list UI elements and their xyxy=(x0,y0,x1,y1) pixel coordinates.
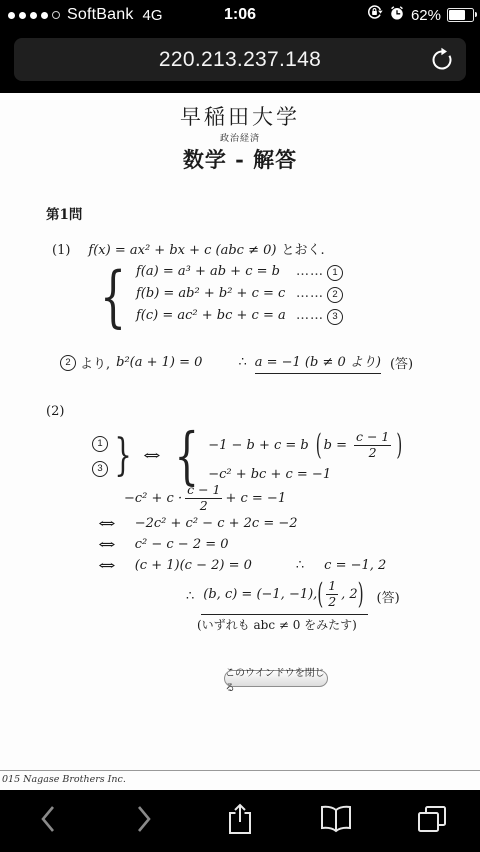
step-3-result: ∴ c = −1, 2 xyxy=(296,558,386,573)
equation: −c² + bc + c = −1 xyxy=(208,467,331,482)
circled-number: 1 xyxy=(327,265,343,281)
forward-button[interactable] xyxy=(96,803,192,840)
sub-eq: b = xyxy=(324,438,347,453)
answer-pairs: , 2 xyxy=(341,587,358,602)
sub-expression: ( b = c − 1 2 ) xyxy=(316,430,402,461)
reload-icon[interactable] xyxy=(429,47,455,73)
equation: −1 − b + c = b xyxy=(208,438,309,453)
circled-number: 1 xyxy=(92,436,108,452)
left-brace: { xyxy=(100,263,126,331)
equation: f(a) = a³ + ab + c = b xyxy=(136,264,296,279)
iff-arrow: ⇔ xyxy=(98,537,116,553)
tall-paren: ) xyxy=(358,577,364,611)
system-equations: f(a) = a³ + ab + c = b …… 1 f(b) = ab² +… xyxy=(136,264,343,330)
page-title-subject: 数学 - 解答 xyxy=(0,144,480,174)
therefore-symbol: ∴ xyxy=(296,558,304,573)
safari-bottom-toolbar xyxy=(0,790,480,852)
therefore-symbol: ∴ xyxy=(186,589,194,604)
fraction: c − 1 2 xyxy=(352,430,393,461)
case-equation-1: −1 − b + c = b ( b = c − 1 2 ) xyxy=(208,430,402,461)
leader-dots: …… xyxy=(296,264,324,279)
share-icon xyxy=(226,802,254,841)
answer-label: (答) xyxy=(377,587,400,606)
equation: c = −1, 2 xyxy=(324,558,386,573)
case-equations: −1 − b + c = b ( b = c − 1 2 ) −c² + bc … xyxy=(208,430,402,483)
back-button[interactable] xyxy=(0,803,96,840)
address-field[interactable]: 220.213.237.148 xyxy=(14,38,466,81)
therefore-symbol: ∴ xyxy=(238,355,246,370)
equation: −c² + c · xyxy=(124,491,182,506)
circled-number: 2 xyxy=(327,287,343,303)
browser-url-bar: 220.213.237.148 xyxy=(0,30,480,93)
leader-dots: …… xyxy=(296,286,324,301)
setup-text: とおく. xyxy=(281,239,324,258)
denominator: 2 xyxy=(328,595,336,609)
iphone-safari-screen: SoftBank 4G 1:06 62% xyxy=(0,0,480,852)
equation: + c = −1 xyxy=(225,491,286,506)
chevron-right-icon xyxy=(134,803,154,840)
numerator: c − 1 xyxy=(185,483,222,499)
part2-equivalence-block: 1 3 } ⇔ { −1 − b + c = b ( b = c − 1 2 ) xyxy=(92,424,402,488)
tall-paren: ) xyxy=(396,428,402,462)
system-eq-3: f(c) = ac² + bc + c = a …… 3 xyxy=(136,308,343,330)
section-heading: 第1問 xyxy=(46,203,82,223)
derivation-steps: ⇔ −2c² + c² − c + 2c = −2 ⇔ c² − c − 2 =… xyxy=(92,513,386,576)
case-equation-2: −c² + bc + c = −1 xyxy=(208,467,402,482)
battery-fill xyxy=(449,10,465,20)
leader-dots: …… xyxy=(296,308,324,323)
circled-number: 2 xyxy=(60,355,76,371)
share-button[interactable] xyxy=(192,802,288,841)
part1-label: (1) xyxy=(52,243,70,258)
numerator: c − 1 xyxy=(354,430,391,446)
fraction: c − 1 2 xyxy=(185,483,222,514)
tall-paren: ( xyxy=(317,577,323,611)
footer-divider xyxy=(0,770,480,771)
circled-number: 3 xyxy=(327,309,343,325)
setup-equation: f(x) = ax² + bx + c (abc ≠ 0) xyxy=(88,243,276,258)
battery-icon xyxy=(447,8,474,22)
equation: −2c² + c² − c + 2c = −2 xyxy=(135,516,298,531)
right-brace: } xyxy=(114,433,131,479)
iff-arrow: ⇔ xyxy=(98,516,116,532)
underlined-answer: (b, c) = (−1, −1), ( 1 2 , 2 ) xyxy=(201,579,367,615)
step-1: ⇔ −2c² + c² − c + 2c = −2 xyxy=(92,513,386,534)
copyright-text: 015 Nagase Brothers Inc. xyxy=(2,774,126,785)
rotation-lock-icon xyxy=(366,4,383,26)
status-bar: SoftBank 4G 1:06 62% xyxy=(0,0,480,30)
equation: f(c) = ac² + bc + c = a xyxy=(136,308,296,323)
chevron-left-icon xyxy=(38,803,58,840)
tabs-button[interactable] xyxy=(384,804,480,839)
battery-percent-label: 62% xyxy=(411,7,441,24)
reference-numbers: 1 3 xyxy=(92,436,108,477)
part2-label: (2) xyxy=(46,404,64,419)
step-2: ⇔ c² − c − 2 = 0 xyxy=(92,534,386,555)
system-eq-2: f(b) = ab² + b² + c = c …… 2 xyxy=(136,286,343,308)
part1-answer: a = −1 (b ≠ 0 より) xyxy=(255,351,381,374)
answer-label: (答) xyxy=(390,353,413,372)
open-book-icon xyxy=(318,804,354,839)
part2-final-answer: ∴ (b, c) = (−1, −1), ( 1 2 , 2 ) (答) xyxy=(186,579,400,615)
equation: c² − c − 2 = 0 xyxy=(135,537,229,552)
url-text[interactable]: 220.213.237.148 xyxy=(159,48,321,72)
web-page-content: 早稲田大学 政治経済 数学 - 解答 第1問 (1) f(x) = ax² + … xyxy=(0,93,480,790)
derived-equation: b²(a + 1) = 0 xyxy=(116,355,202,370)
answer-pairs: (b, c) = (−1, −1), xyxy=(203,587,317,602)
system-eq-1: f(a) = a³ + ab + c = b …… 1 xyxy=(136,264,343,286)
tabs-icon xyxy=(416,804,448,839)
denominator: 2 xyxy=(200,499,208,513)
denominator: 2 xyxy=(369,446,377,460)
left-brace: { xyxy=(174,424,198,488)
problem1-setup-line: (1) f(x) = ax² + bx + c (abc ≠ 0) とおく. xyxy=(47,239,325,258)
close-window-button[interactable]: このウインドウを閉じる xyxy=(224,670,328,687)
equation: (c + 1)(c − 2) = 0 xyxy=(135,558,252,573)
page-title-university: 早稲田大学 xyxy=(0,101,480,131)
answer-note: (いずれも abc ≠ 0 をみたす) xyxy=(197,616,357,633)
circled-number: 3 xyxy=(92,461,108,477)
equation-system: { f(a) = a³ + ab + c = b …… 1 f(b) = ab²… xyxy=(92,263,343,331)
iff-arrow: ⇔ xyxy=(98,558,116,574)
bookmarks-button[interactable] xyxy=(288,804,384,839)
page-subtitle-department: 政治経済 xyxy=(0,131,480,144)
fraction: 1 2 xyxy=(326,579,338,610)
substitution-line: −c² + c · c − 1 2 + c = −1 xyxy=(124,483,286,514)
numerator: 1 xyxy=(326,579,338,595)
status-right: 62% xyxy=(366,0,474,30)
tall-paren: ( xyxy=(316,428,322,462)
step-3: ⇔ (c + 1)(c − 2) = 0 ∴ c = −1, 2 xyxy=(92,555,386,576)
equation: f(b) = ab² + b² + c = c xyxy=(136,286,296,301)
from-text: より, xyxy=(80,353,110,372)
part1-conclusion-line: 2 より, b²(a + 1) = 0 ∴ a = −1 (b ≠ 0 より) … xyxy=(60,351,413,374)
alarm-clock-icon xyxy=(389,5,405,26)
iff-arrow: ⇔ xyxy=(143,448,161,464)
